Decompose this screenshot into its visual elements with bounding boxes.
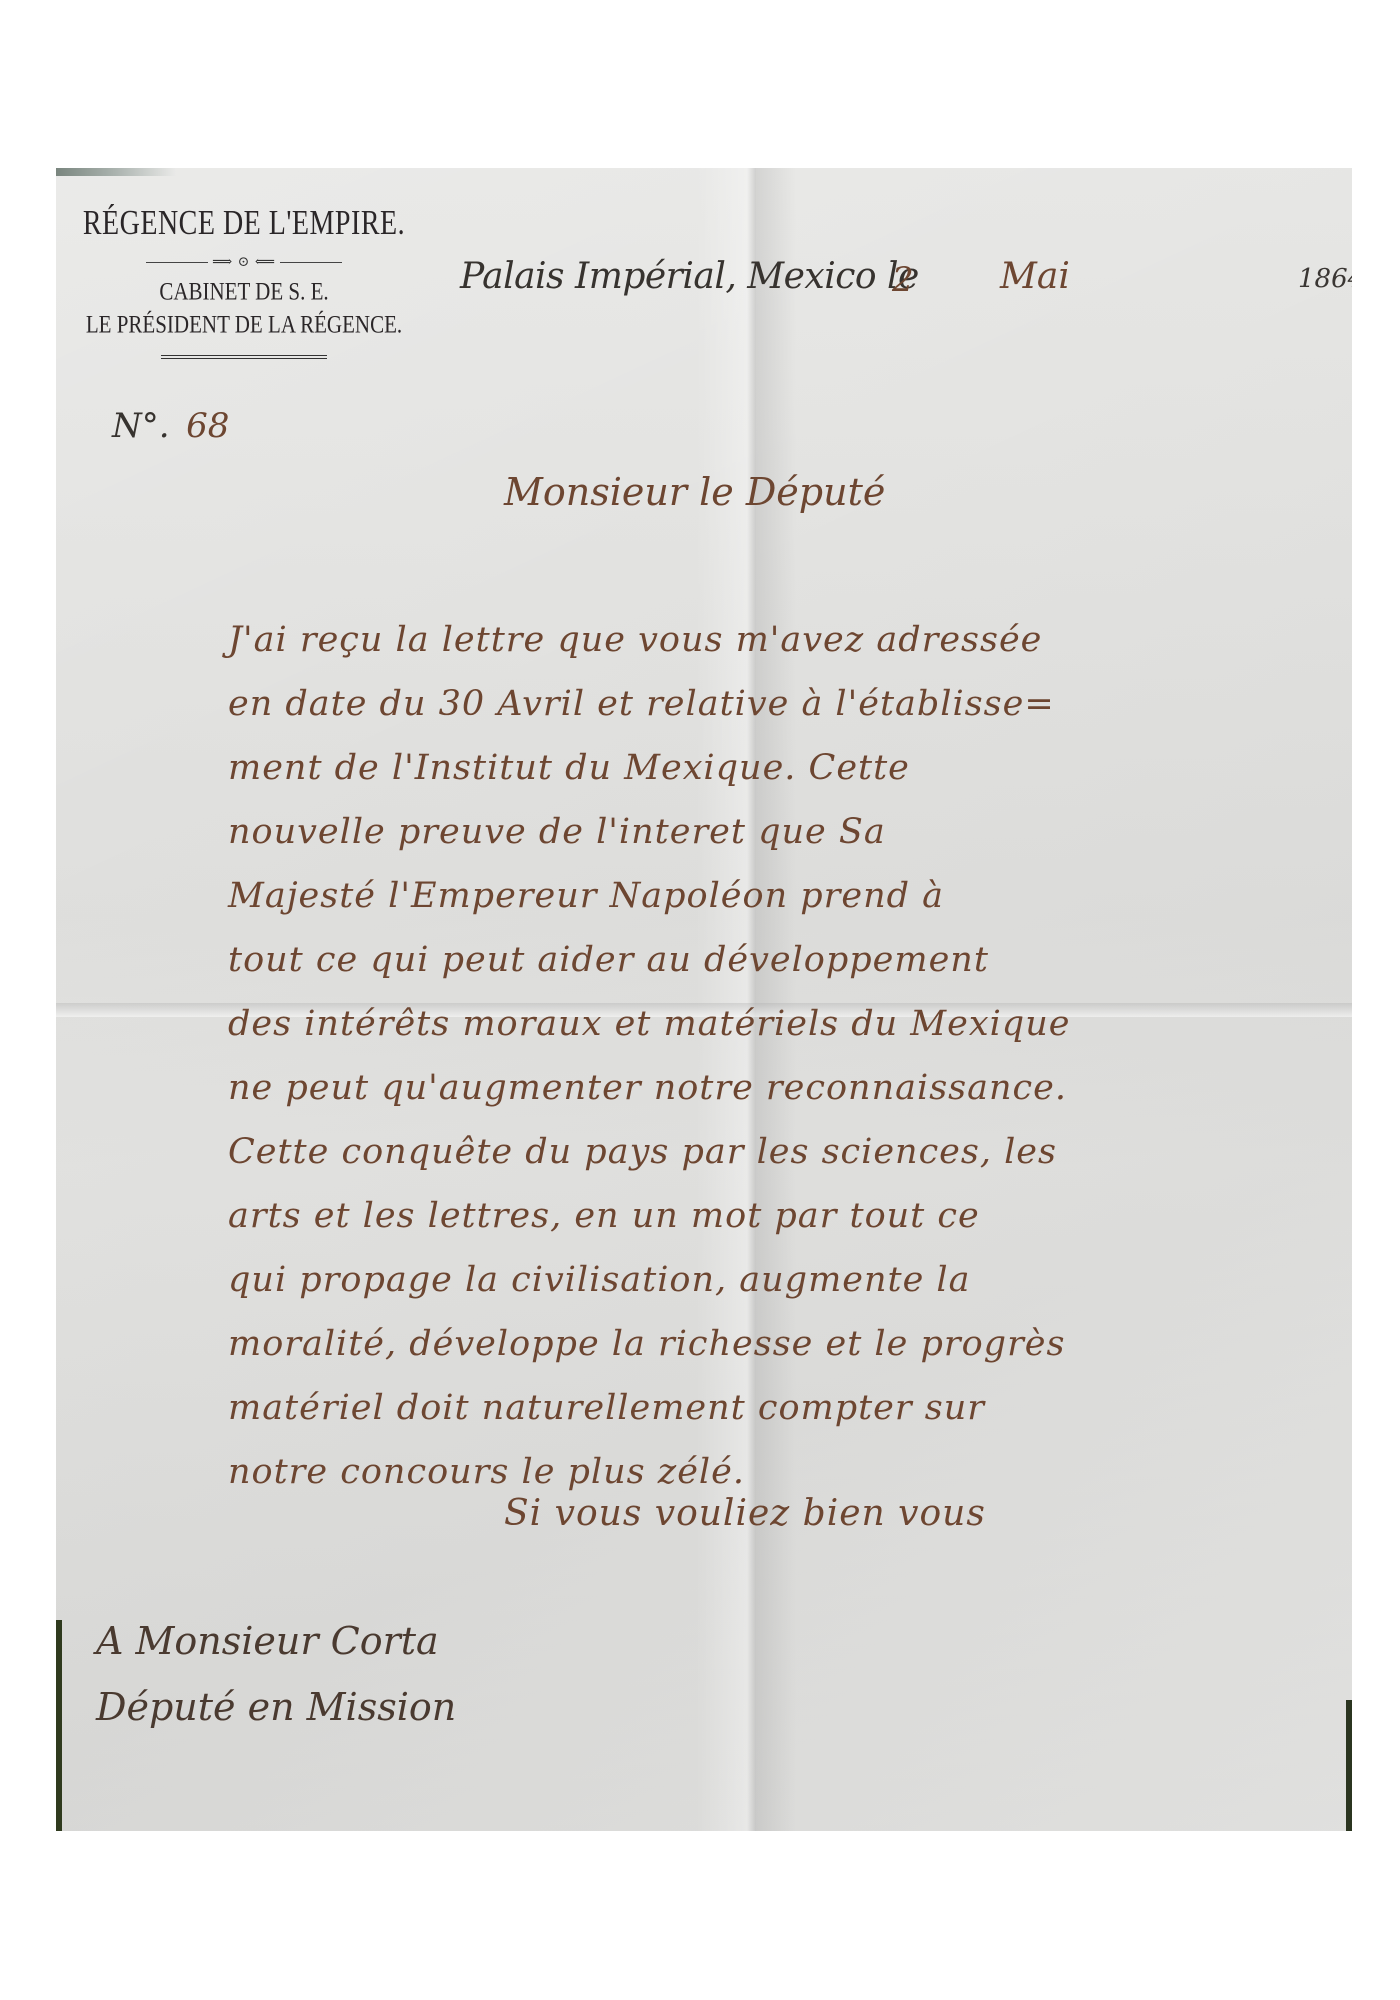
dateline: Palais Impérial, Mexico le 2 Mai 1864. xyxy=(460,256,919,297)
body-line: moralité, développe la richesse et le pr… xyxy=(228,1312,1348,1376)
recipient-title: Député en Mission xyxy=(96,1674,456,1740)
body-line: ment de l'Institut du Mexique. Cette xyxy=(228,736,1348,800)
letter-body: J'ai reçu la lettre que vous m'avez adre… xyxy=(228,608,1348,1504)
letterhead-title: RÉGENCE DE L'EMPIRE. xyxy=(56,204,444,244)
table-edge-right xyxy=(1346,1700,1352,1831)
body-line: qui propage la civilisation, augmente la xyxy=(228,1248,1348,1312)
dateline-day: 2 xyxy=(892,260,914,300)
body-line: ne peut qu'augmenter notre reconnaissanc… xyxy=(228,1056,1348,1120)
salutation: Monsieur le Député xyxy=(504,470,885,514)
body-line: J'ai reçu la lettre que vous m'avez adre… xyxy=(228,608,1348,672)
ornament-divider-icon: ⟹ ⊙ ⟸ xyxy=(56,254,444,271)
recipient-address: A Monsieur Corta Député en Mission xyxy=(96,1608,456,1740)
body-line: arts et les lettres, en un mot par tout … xyxy=(228,1184,1348,1248)
body-line: en date du 30 Avril et relative à l'étab… xyxy=(228,672,1348,736)
letterhead-double-rule xyxy=(161,355,327,359)
closing-line: Si vous vouliez bien vous xyxy=(504,1493,986,1534)
body-line: des intérêts moraux et matériels du Mexi… xyxy=(228,992,1348,1056)
dateline-month: Mai xyxy=(1000,256,1070,297)
body-line: Cette conquête du pays par les sciences,… xyxy=(228,1120,1348,1184)
reference-prefix: N°. xyxy=(112,406,170,446)
body-line: matériel doit naturellement compter sur xyxy=(228,1376,1348,1440)
body-line: nouvelle preuve de l'interet que Sa xyxy=(228,800,1348,864)
table-edge-left xyxy=(56,1620,62,1831)
letter-photograph: RÉGENCE DE L'EMPIRE. ⟹ ⊙ ⟸ CABINET DE S.… xyxy=(56,168,1352,1831)
reference-number: N°. 68 xyxy=(112,406,229,446)
dateline-year: 1864. xyxy=(1298,264,1352,294)
body-line: tout ce qui peut aider au développement xyxy=(228,928,1348,992)
reference-value: 68 xyxy=(186,406,229,446)
printed-letterhead: RÉGENCE DE L'EMPIRE. ⟹ ⊙ ⟸ CABINET DE S.… xyxy=(56,208,444,359)
recipient-name: A Monsieur Corta xyxy=(96,1608,456,1674)
letterhead-cabinet: CABINET DE S. E. xyxy=(56,277,444,307)
body-line: Majesté l'Empereur Napoléon prend à xyxy=(228,864,1348,928)
letterhead-president: LE PRÉSIDENT DE LA RÉGENCE. xyxy=(56,310,444,340)
dateline-place: Palais Impérial, Mexico le xyxy=(460,256,919,297)
